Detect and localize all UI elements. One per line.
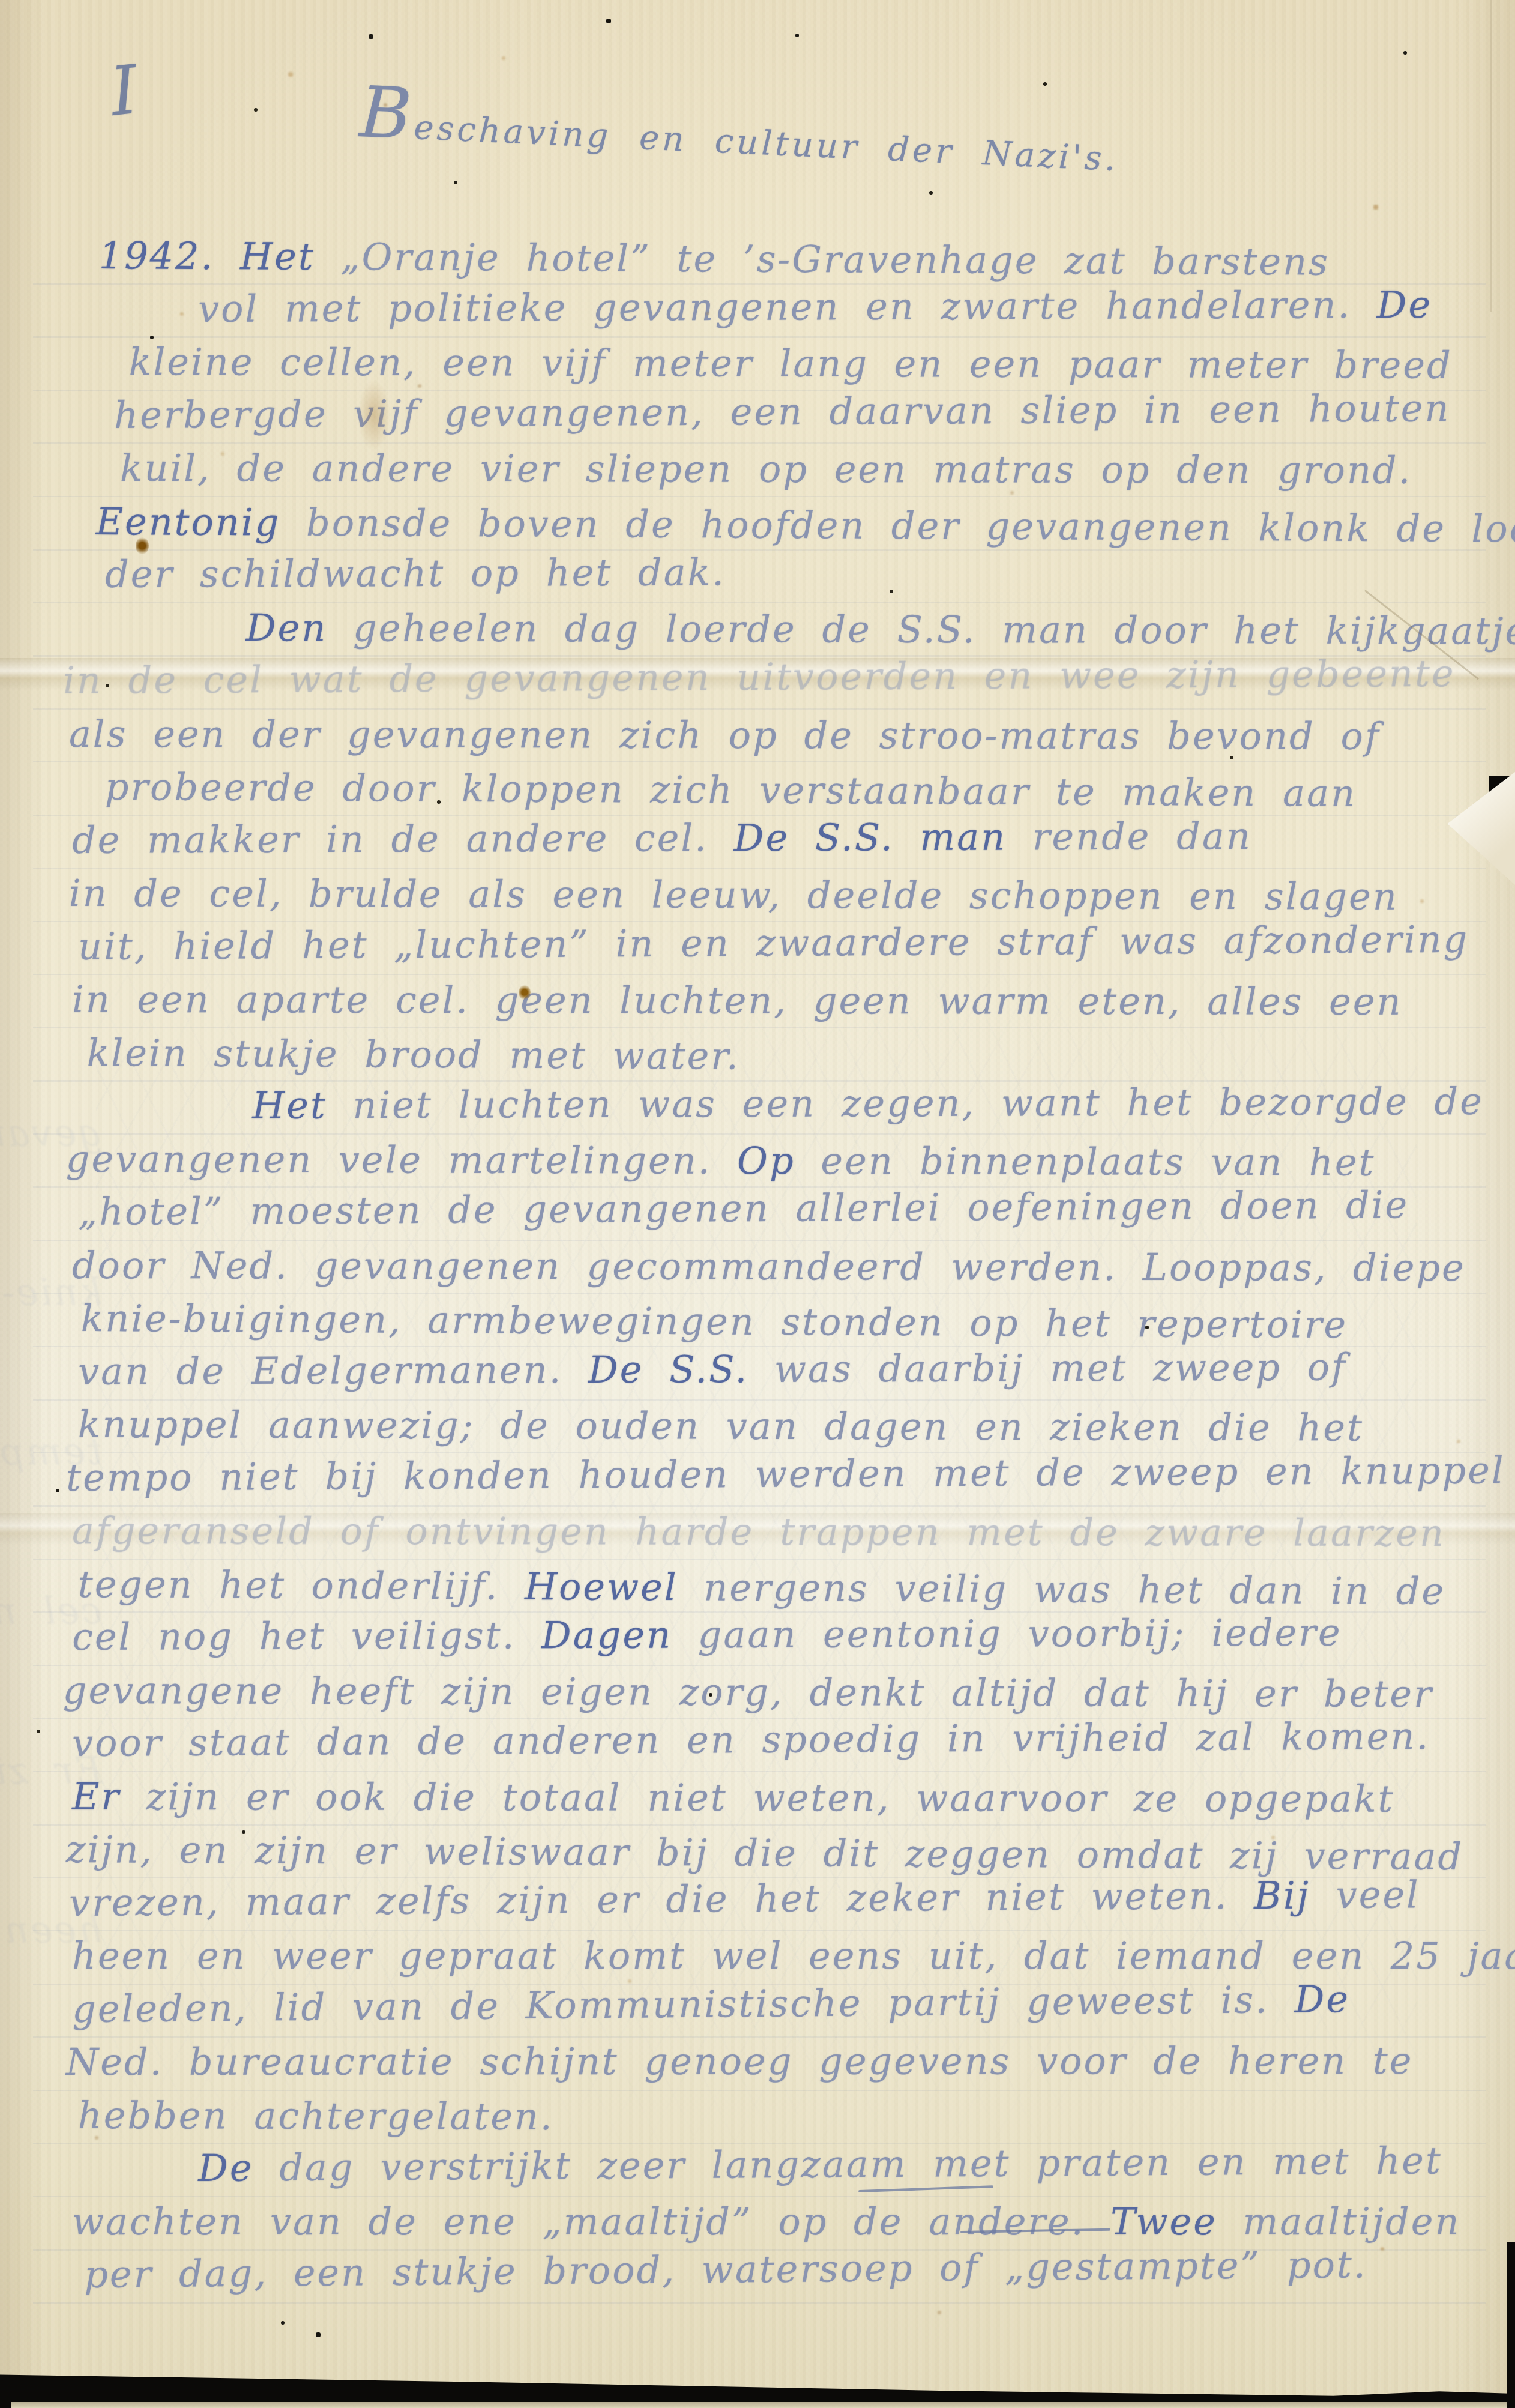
handwritten-line: hebben achtergelaten. <box>78 2097 554 2135</box>
line-text: geheelen dag loerde de S.S. man door het… <box>327 606 1515 653</box>
line-text: knuppel aanwezig; de ouden van dagen en … <box>78 1402 1364 1450</box>
emphasized-word: Op <box>737 1139 795 1183</box>
line-text: als een der gevangenen zich op de stroo-… <box>69 712 1381 758</box>
emphasized-word: Bij <box>1254 1873 1310 1918</box>
line-text: in een aparte cel. geen luchten, geen wa… <box>72 977 1403 1024</box>
handwritten-line: gevangene heeft zijn eigen zorg, denkt a… <box>63 1672 1433 1713</box>
handwritten-line: in de cel wat de gevangenen uitvoerden e… <box>63 655 1456 699</box>
handwritten-line: voor staat dan de anderen en spoedig in … <box>72 1718 1430 1762</box>
line-text: afgeranseld of ontvingen harde trappen m… <box>72 1509 1445 1555</box>
handwritten-line: kuil, de andere vier sliepen op een matr… <box>120 450 1412 489</box>
handwritten-line: uit, hield het „luchten” in en zwaardere… <box>78 921 1469 965</box>
line-text: vrezen, maar zelfs zijn er die het zeker… <box>69 1874 1254 1925</box>
emphasized-word: Eentonig <box>96 499 281 545</box>
emphasized-word: De <box>1294 1977 1350 2021</box>
line-text: was daarbij met zweep of <box>748 1345 1347 1391</box>
line-text: Ned. bureaucratie schijnt genoeg gegeven… <box>66 2039 1413 2084</box>
handwritten-line: probeerde door kloppen zich verstaanbaar… <box>105 768 1357 812</box>
handwritten-line: tempo niet bij konden houden werden met … <box>66 1452 1505 1497</box>
handwritten-line: door Ned. gevangenen gecommandeerd werde… <box>72 1247 1466 1287</box>
handwritten-line: zijn, en zijn er weliswaar bij die dit z… <box>66 1831 1464 1875</box>
paper-stain <box>136 537 149 555</box>
handwritten-line: herbergde vijf gevangenen, een daarvan s… <box>114 390 1450 434</box>
handwritten-line: 1942. Het „Oranje hotel” te ’s-Gravenhag… <box>99 237 1330 281</box>
handwritten-line: „hotel” moesten de gevangenen allerlei o… <box>78 1186 1409 1231</box>
handwritten-line: de makker in de andere cel. De S.S. man … <box>72 818 1252 859</box>
line-text: kleine cellen, een vijf meter lang en ee… <box>129 340 1453 387</box>
handwritten-line: gevangenen vele martelingen. Op een binn… <box>66 1141 1376 1181</box>
handwritten-line: in de cel, brulde als een leeuw, deelde … <box>69 875 1399 916</box>
next-page-edge <box>11 2402 1515 2408</box>
handwritten-line: Ned. bureaucratie schijnt genoeg gegeven… <box>66 2042 1413 2081</box>
handwritten-line: cel nog het veiligst. Dagen gaan eentoni… <box>72 1614 1342 1656</box>
handwritten-line: Er zijn er ook die totaal niet weten, wa… <box>72 1778 1395 1818</box>
paper-stain <box>358 379 390 451</box>
emphasized-word: Hoewel <box>525 1565 678 1609</box>
line-text <box>214 234 240 278</box>
line-text: uit, hield het „luchten” in en zwaardere… <box>78 917 1469 968</box>
scanned-manuscript-page: I Beschaving en cultuur der Nazi's. 1942… <box>0 0 1515 2408</box>
bleed-through-ghost: tempo niet bij konden houden werden met … <box>0 1433 102 1478</box>
line-text: der schildwacht op het dak. <box>105 550 726 596</box>
handwritten-line: De dag verstrijkt zeer langzaam met prat… <box>198 2142 1442 2187</box>
handwritten-line: der schildwacht op het dak. <box>105 554 726 593</box>
line-text: rende dan <box>1007 814 1252 858</box>
handwritten-line: in een aparte cel. geen luchten, geen wa… <box>72 981 1403 1021</box>
line-text: „Oranje hotel” te ’s-Gravenhage zat bars… <box>315 235 1330 284</box>
handwritten-line: klein stukje brood met water. <box>87 1034 740 1075</box>
line-text: tegen het onderlijf. <box>78 1562 525 1608</box>
line-text: niet luchten was een zegen, want het bez… <box>327 1079 1484 1127</box>
bleed-through-ghost: cel nog het veiligst. Dagen gaan eentoni… <box>0 1592 102 1636</box>
line-text: bonsde boven de hoofden der gevangenen k… <box>280 501 1515 551</box>
line-text: in de cel, brulde als een leeuw, deelde … <box>69 871 1399 919</box>
emphasized-word: De <box>1377 283 1433 327</box>
line-text: de makker in de andere cel. <box>72 816 734 862</box>
emphasized-word: Het <box>252 1084 327 1127</box>
bleed-through-ghost: heen en weer gepraat komt wel eens uit, … <box>0 1911 102 1956</box>
emphasized-word: De <box>198 2146 254 2190</box>
bleed-through-ghost: knie-buigingen, armbewegingen stonden op… <box>0 1273 102 1317</box>
line-text: herbergde vijf gevangenen, een daarvan s… <box>114 386 1450 437</box>
handwritten-line: kleine cellen, een vijf meter lang en ee… <box>129 343 1453 384</box>
bleed-through-ghost: gevangenen vele martelingen. Op een binn… <box>0 1114 102 1158</box>
foxing-spots <box>0 0 1 1</box>
handwritten-line: geleden, lid van de Kommunistische parti… <box>72 1981 1350 2028</box>
emphasized-word: De S.S. <box>588 1347 748 1392</box>
handwritten-line: vrezen, maar zelfs zijn er die het zeker… <box>69 1876 1420 1922</box>
scanner-background-edge <box>1507 2242 1515 2408</box>
handwritten-line: knuppel aanwezig; de ouden van dagen en … <box>78 1406 1364 1447</box>
emphasized-word: Twee <box>1110 2200 1217 2244</box>
line-text: voor staat dan de anderen en spoedig in … <box>72 1714 1430 1765</box>
handwritten-line: tegen het onderlijf. Hoewel nergens veil… <box>78 1566 1446 1610</box>
line-text: probeerde door kloppen zich verstaanbaar… <box>105 765 1357 815</box>
handwritten-line: afgeranseld of ontvingen harde trappen m… <box>72 1512 1445 1552</box>
emphasized-word: 1942. <box>99 234 215 278</box>
vertical-edge-crease <box>1490 0 1492 312</box>
handwritten-line: Het niet luchten was een zegen, want het… <box>252 1083 1484 1124</box>
line-text: gevangenen vele martelingen. <box>66 1137 737 1183</box>
handwritten-line: knie-buigingen, armbewegingen stonden op… <box>81 1300 1348 1344</box>
line-text: kuil, de andere vier sliepen op een matr… <box>120 446 1412 492</box>
emphasized-word: Dagen <box>541 1613 672 1658</box>
line-text: door Ned. gevangenen gecommandeerd werde… <box>72 1243 1466 1290</box>
handwritten-line: heen en weer gepraat komt wel eens uit, … <box>72 1937 1515 1975</box>
handwritten-line: Den geheelen dag loerde de S.S. man door… <box>246 609 1515 650</box>
line-text: maaltijden <box>1217 2200 1461 2244</box>
line-text: dag verstrijkt zeer langzaam met praten … <box>253 2138 1442 2189</box>
emphasized-word: Den <box>246 606 328 650</box>
bleed-through-ghost: Er zijn er ook die totaal niet weten, wa… <box>0 1752 102 1796</box>
line-text: tempo niet bij konden houden werden met … <box>66 1448 1505 1500</box>
handwritten-line: per dag, een stukje brood, watersoep of … <box>84 2246 1367 2293</box>
line-text: zijn er ook die totaal niet weten, waarv… <box>121 1775 1395 1821</box>
line-text: hebben achtergelaten. <box>78 2093 554 2138</box>
handwritten-line: vol met politieke gevangenen en zwarte h… <box>198 286 1432 328</box>
line-text: heen en weer gepraat komt wel eens uit, … <box>72 1934 1515 1978</box>
line-text: een binnenplaats van het <box>795 1139 1376 1184</box>
handwritten-line: wachten van de ene „maaltijd” op de ande… <box>72 2203 1460 2241</box>
line-text: zijn, en zijn er weliswaar bij die dit z… <box>66 1827 1464 1878</box>
paper-stain <box>519 985 531 1000</box>
line-text: cel nog het veiligst. <box>72 1613 541 1659</box>
emphasized-word: De S.S. man <box>734 815 1007 860</box>
line-text: „hotel” moesten de gevangenen allerlei o… <box>78 1183 1409 1234</box>
line-text: gevangene heeft zijn eigen zorg, denkt a… <box>63 1668 1433 1716</box>
handwritten-line: van de Edelgermanen. De S.S. was daarbij… <box>78 1349 1347 1390</box>
line-text: veel <box>1310 1872 1420 1917</box>
line-text: vol met politieke gevangenen en zwarte h… <box>198 283 1377 331</box>
handwritten-line: Eentonig bonsde boven de hoofden der gev… <box>96 503 1515 548</box>
line-text: klein stukje brood met water. <box>87 1031 740 1078</box>
line-text: in de cel wat de gevangenen uitvoerden e… <box>63 651 1456 702</box>
line-text: gaan eentonig voorbij; iedere <box>672 1611 1342 1657</box>
emphasized-word: Het <box>240 234 315 279</box>
handwritten-line: als een der gevangenen zich op de stroo-… <box>69 716 1381 755</box>
line-text: nergens veilig was het dan in de <box>678 1565 1446 1613</box>
line-text: wachten van de ene „maaltijd” op de ande… <box>72 2200 1110 2244</box>
line-text: van de Edelgermanen. <box>78 1348 588 1393</box>
line-text: knie-buigingen, armbewegingen stonden op… <box>81 1296 1348 1347</box>
